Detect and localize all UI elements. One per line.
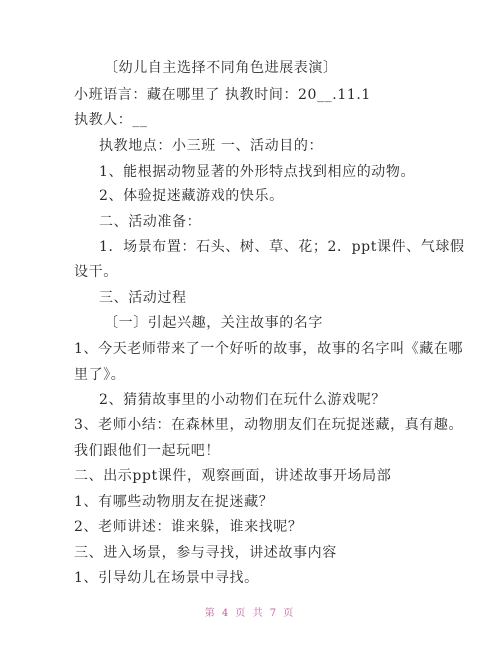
objective-2: 2、体验捉迷藏游戏的快乐。 bbox=[99, 187, 284, 205]
section-3-heading: 三、进入场景，参与寻找，讲述故事内容 bbox=[74, 544, 337, 562]
section-2-item-1: 1、有哪些动物朋友在捉迷藏？ bbox=[74, 493, 273, 511]
document-page: 〔幼儿自主选择不同角色进展表演〕 小班语言：藏在哪里了 执教时间：20__.11… bbox=[0, 0, 500, 647]
page-number-footer: 第 4 页 共 7 页 bbox=[0, 604, 500, 619]
step-1-item-3: 3、老师小结：在森林里，动物朋友们在玩捉迷藏，真有趣。 bbox=[74, 416, 463, 434]
teacher-name: 执教人：__ bbox=[74, 111, 148, 129]
step-1-item-3-continued: 我们跟他们一起玩吧！ bbox=[74, 442, 220, 460]
step-1-item-1: 1、今天老师带来了一个好听的故事，故事的名字叫《藏在哪 bbox=[74, 340, 463, 358]
process-heading: 三、活动过程 bbox=[99, 289, 187, 307]
location-and-objectives-heading: 执教地点：小三班 一、活动目的： bbox=[99, 137, 323, 155]
role-play-note: 〔幼儿自主选择不同角色进展表演〕 bbox=[104, 59, 338, 77]
objective-1: 1、能根据动物显著的外形特点找到相应的动物。 bbox=[99, 163, 415, 181]
preparation-heading: 二、活动准备： bbox=[99, 213, 201, 231]
process-step-1-heading: 〔一〕引起兴趣，关注故事的名字 bbox=[104, 314, 323, 332]
lesson-title-and-date: 小班语言：藏在哪里了 执教时间：20__.11.1 bbox=[74, 86, 371, 104]
section-2-heading: 二、出示ppt课件，观察画面，讲述故事开场局部 bbox=[74, 467, 391, 485]
step-1-item-1-continued: 里了》。 bbox=[74, 366, 125, 384]
section-2-item-2: 2、老师讲述：谁来躲，谁来找呢？ bbox=[74, 518, 303, 536]
preparation-item: 1．场景布置：石头、树、草、花；2．ppt课件、气球假 bbox=[99, 238, 465, 256]
step-1-item-2: 2、猜猜故事里的小动物们在玩什么游戏呢？ bbox=[99, 391, 386, 409]
preparation-item-continued: 设干。 bbox=[74, 263, 118, 281]
section-3-item-1: 1、引导幼儿在场景中寻找。 bbox=[74, 569, 259, 587]
